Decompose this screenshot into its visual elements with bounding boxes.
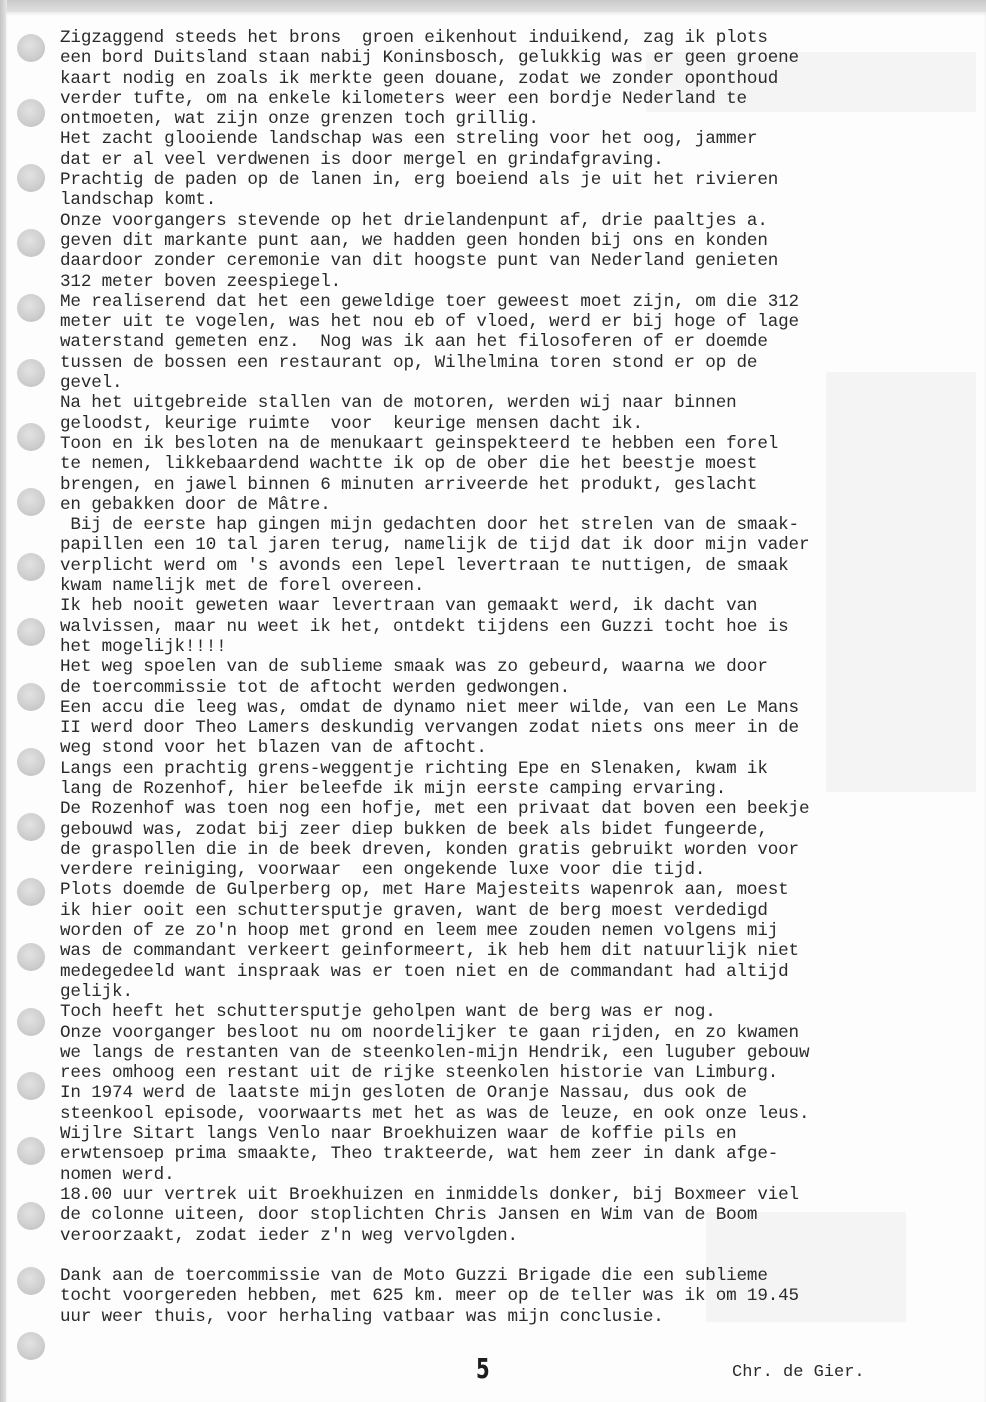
text-line: een bord Duitsland staan nabij Koninsbos… [60, 48, 960, 68]
text-line: Na het uitgebreide stallen van de motore… [60, 393, 960, 413]
document-body: Zigzaggend steeds het brons groen eikenh… [60, 28, 960, 1327]
text-line: uur weer thuis, voor herhaling vatbaar w… [60, 1307, 960, 1327]
punch-hole-icon [17, 294, 45, 322]
punch-hole-icon [17, 359, 45, 387]
text-line: tussen de bossen een restaurant op, Wilh… [60, 353, 960, 373]
text-line: te nemen, likkebaardend wachtte ik op de… [60, 454, 960, 474]
text-line: Onze voorgangers stevende op het drielan… [60, 211, 960, 231]
text-line: lang de Rozenhof, hier beleefde ik mijn … [60, 779, 960, 799]
text-line: medegedeeld want inspraak was er toen ni… [60, 962, 960, 982]
text-line: Dank aan de toercommissie van de Moto Gu… [60, 1266, 960, 1286]
text-line: Wijlre Sitart langs Venlo naar Broekhuiz… [60, 1124, 960, 1144]
page-number: 5 [476, 1352, 490, 1385]
text-line: Me realiserend dat het een geweldige toe… [60, 292, 960, 312]
text-line: Prachtig de paden op de lanen in, erg bo… [60, 170, 960, 190]
text-line: nomen werd. [60, 1165, 960, 1185]
text-line: meter uit te vogelen, was het nou eb of … [60, 312, 960, 332]
text-line: kaart nodig en zoals ik merkte geen doua… [60, 69, 960, 89]
text-line: papillen een 10 tal jaren terug, namelij… [60, 535, 960, 555]
punch-hole-icon [17, 943, 45, 971]
text-line: worden of ze zo'n hoop met grond en leem… [60, 921, 960, 941]
punch-hole-icon [17, 99, 45, 127]
text-line: Bij de eerste hap gingen mijn gedachten … [60, 515, 960, 535]
text-line: was de commandant verkeert geinformeert,… [60, 941, 960, 961]
text-line: het mogelijk!!!! [60, 637, 960, 657]
text-line: Langs een prachtig grens-weggentje richt… [60, 759, 960, 779]
punch-hole-icon [17, 618, 45, 646]
punch-hole-icon [17, 1202, 45, 1230]
text-line: Zigzaggend steeds het brons groen eikenh… [60, 28, 960, 48]
text-line: walvissen, maar nu weet ik het, ontdekt … [60, 617, 960, 637]
text-line: dat er al veel verdwenen is door mergel … [60, 150, 960, 170]
punch-hole-icon [17, 878, 45, 906]
paragraph-gap [60, 1246, 960, 1266]
punch-hole-icon [17, 164, 45, 192]
text-line: erwtensoep prima smaakte, Theo trakteerd… [60, 1144, 960, 1164]
text-line: de toercommissie tot de aftocht werden g… [60, 678, 960, 698]
text-line: geven dit markante punt aan, we hadden g… [60, 231, 960, 251]
text-line: landschap komt. [60, 190, 960, 210]
text-line: gelijk. [60, 982, 960, 1002]
punch-hole-icon [17, 1008, 45, 1036]
text-line: de graspollen die in de beek dreven, kon… [60, 840, 960, 860]
text-line: II werd door Theo Lamers deskundig verva… [60, 718, 960, 738]
text-line: veroorzaakt, zodat ieder z'n weg vervolg… [60, 1226, 960, 1246]
text-line: De Rozenhof was toen nog een hofje, met … [60, 799, 960, 819]
text-line: verder tufte, om na enkele kilometers we… [60, 89, 960, 109]
text-line: kwam namelijk met de forel overeen. [60, 576, 960, 596]
punch-hole-icon [17, 683, 45, 711]
punch-hole-icon [17, 553, 45, 581]
text-line: weg stond voor het blazen van de aftocht… [60, 738, 960, 758]
text-line: ontmoeten, wat zijn onze grenzen toch gr… [60, 109, 960, 129]
text-line: gebouwd was, zodat bij zeer diep bukken … [60, 820, 960, 840]
text-line: ik hier ooit een schuttersputje graven, … [60, 901, 960, 921]
text-line: verdere reiniging, voorwaar een ongekend… [60, 860, 960, 880]
text-line: daardoor zonder ceremonie van dit hoogst… [60, 251, 960, 271]
text-line: In 1974 werd de laatste mijn gesloten de… [60, 1083, 960, 1103]
text-line: Onze voorganger besloot nu om noordelijk… [60, 1023, 960, 1043]
text-line: Het zacht glooiende landschap was een st… [60, 129, 960, 149]
punch-hole-icon [17, 1332, 45, 1360]
text-line: brengen, en jawel binnen 6 minuten arriv… [60, 475, 960, 495]
text-line: waterstand gemeten enz. Nog was ik aan h… [60, 332, 960, 352]
text-line: Plots doemde de Gulperberg op, met Hare … [60, 880, 960, 900]
text-line: 18.00 uur vertrek uit Broekhuizen en inm… [60, 1185, 960, 1205]
text-line: Een accu die leeg was, omdat de dynamo n… [60, 698, 960, 718]
text-line: Ik heb nooit geweten waar levertraan van… [60, 596, 960, 616]
text-line: Het weg spoelen van de sublieme smaak wa… [60, 657, 960, 677]
punch-hole-icon [17, 34, 45, 62]
text-line: tocht voorgereden hebben, met 625 km. me… [60, 1286, 960, 1306]
text-line: de colonne uiteen, door stoplichten Chri… [60, 1205, 960, 1225]
text-line: geloodst, keurige ruimte voor keurige me… [60, 414, 960, 434]
punch-hole-icon [17, 229, 45, 257]
text-line: steenkool episode, voorwaarts met het as… [60, 1104, 960, 1124]
punch-hole-icon [17, 748, 45, 776]
text-line: Toch heeft het schuttersputje geholpen w… [60, 1002, 960, 1022]
author-signature: Chr. de Gier. [732, 1363, 865, 1382]
text-line: gevel. [60, 373, 960, 393]
text-line: we langs de restanten van de steenkolen-… [60, 1043, 960, 1063]
text-line: verplicht werd om 's avonds een lepel le… [60, 556, 960, 576]
text-line: rees omhoog een restant uit de rijke ste… [60, 1063, 960, 1083]
text-line: 312 meter boven zeespiegel. [60, 272, 960, 292]
punch-hole-icon [17, 1267, 45, 1295]
punch-hole-icon [17, 813, 45, 841]
text-line: en gebakken door de Mâtre. [60, 495, 960, 515]
text-line: Toon en ik besloten na de menukaart gein… [60, 434, 960, 454]
